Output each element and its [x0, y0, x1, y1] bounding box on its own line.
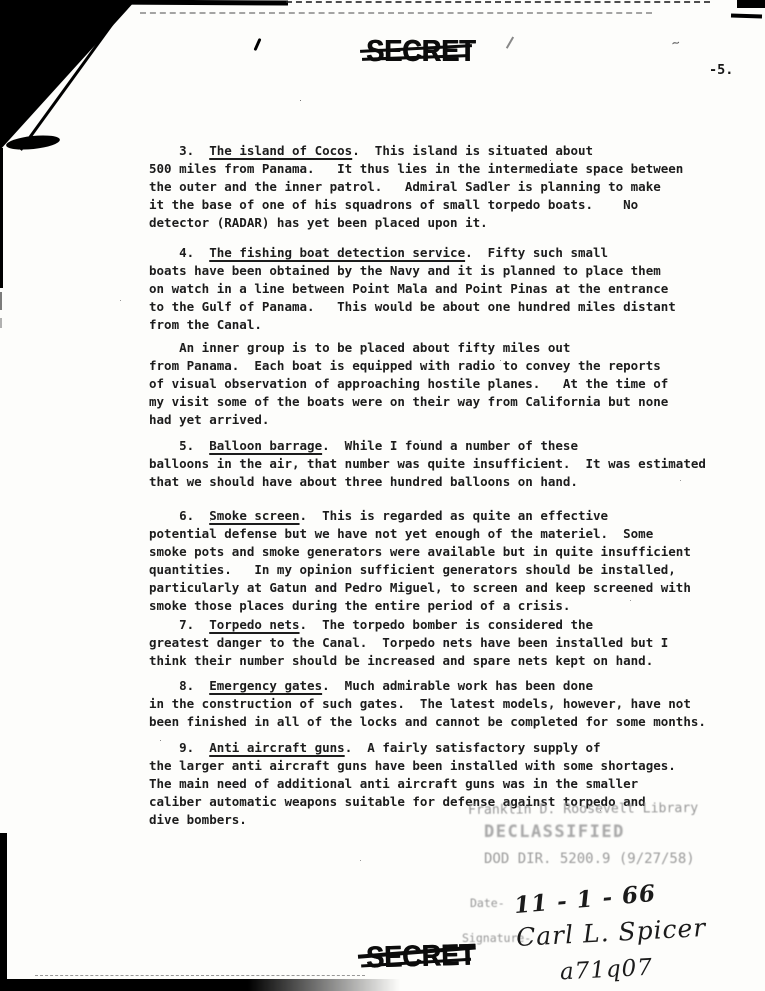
- scan-artifact-left-edge-line: [0, 148, 3, 288]
- paragraph-9: 9. Anti aircraft guns. A fairly satisfac…: [149, 721, 729, 847]
- scan-artifact-bottom-left-bar: [0, 833, 7, 991]
- paragraph-3-number: 3.: [179, 143, 209, 158]
- document-page: ~ SECRET -5. 3. The island of Cocos. Thi…: [0, 0, 765, 991]
- scan-artifact-left-edge-dash2: [0, 318, 2, 328]
- pen-flick-mark: [253, 38, 261, 51]
- scan-artifact-top-right-blob: [737, 0, 765, 8]
- paragraph-8-heading: Emergency gates: [209, 678, 322, 693]
- paragraph-9-heading: Anti aircraft guns: [209, 740, 344, 755]
- scan-artifact-bottom-dotted: [35, 975, 365, 976]
- paper-noise: [300, 100, 301, 101]
- paragraph-6-number: 6.: [179, 508, 209, 523]
- date-value-handwritten: 11 - 1 - 66: [513, 880, 657, 919]
- paragraph-3-heading: The island of Cocos: [209, 143, 352, 158]
- tilde-mark: ~: [671, 35, 681, 51]
- secret-stamp-bottom: SECRET: [366, 940, 477, 979]
- paragraph-5-heading: Balloon barrage: [209, 438, 322, 453]
- paragraph-4-heading: The fishing boat detection service: [209, 245, 465, 260]
- signature-value-handwritten: Carl L. Spicer: [515, 913, 707, 952]
- scan-artifact-bottom-strip: [0, 979, 400, 991]
- paragraph-9-number: 9.: [179, 740, 209, 755]
- secret-stamp-top: SECRET: [366, 36, 476, 70]
- paragraph-7-heading: Torpedo nets: [209, 617, 299, 632]
- archive-note-handwritten: a71q07: [559, 955, 653, 986]
- paragraph-6-heading: Smoke screen: [209, 508, 299, 523]
- library-stamp-line: Franklin D. Roosevelt Library: [468, 801, 698, 818]
- scan-artifact-top-right-dash: [731, 13, 762, 18]
- page-number: -5.: [709, 62, 733, 78]
- paragraph-8-number: 8.: [179, 678, 209, 693]
- paragraph-4b-body: An inner group is to be placed about fif…: [149, 340, 668, 427]
- paragraph-7-number: 7.: [179, 617, 209, 632]
- scan-artifact-left-edge-dash1: [0, 292, 2, 310]
- scan-artifact-top-dotted2: [140, 12, 652, 14]
- date-label: Date-: [470, 896, 505, 910]
- faint-slash-mark: [506, 36, 514, 48]
- paragraph-5-number: 5.: [179, 438, 209, 453]
- scan-artifact-top-dotted1: [286, 1, 710, 3]
- authority-stamp-line: DOD DIR. 5200.9 (9/27/58): [484, 851, 695, 867]
- scan-artifact-corner-triangle: [0, 0, 136, 150]
- paragraph-4-number: 4.: [179, 245, 209, 260]
- declassified-stamp-line: DECLASSIFIED: [484, 822, 625, 842]
